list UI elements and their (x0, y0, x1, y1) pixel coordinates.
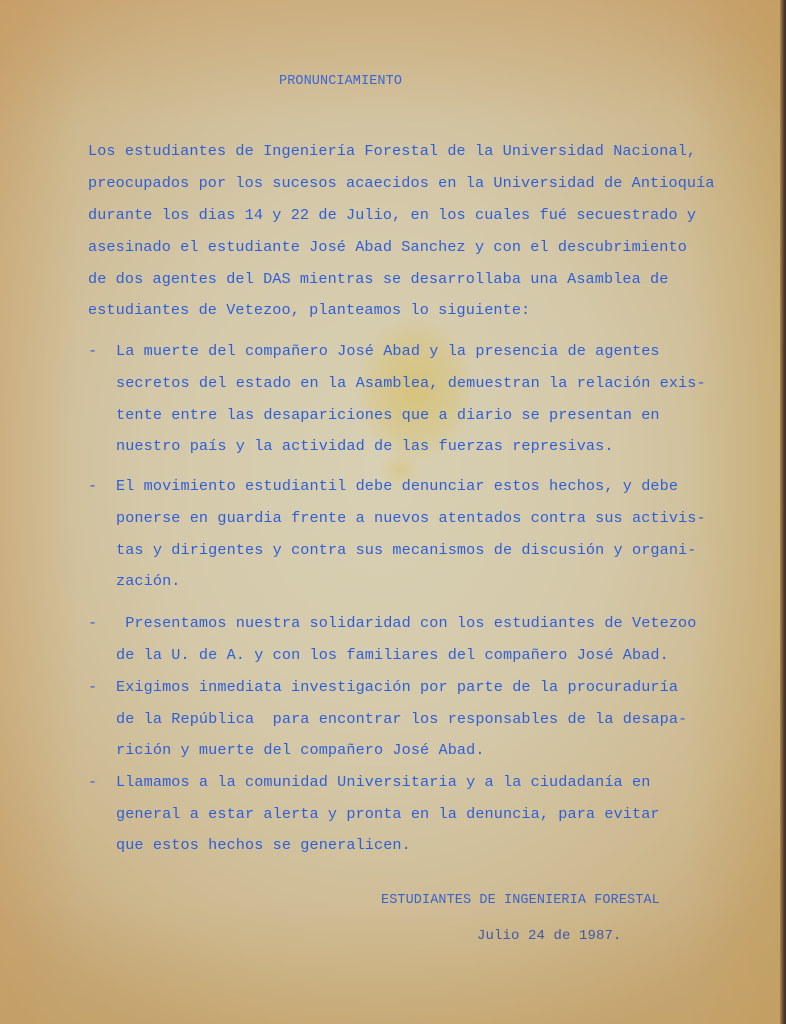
point-line: de la U. de A. y con los familiares del … (116, 646, 669, 664)
point-line: que estos hechos se generalicen. (116, 836, 411, 854)
point-line: Exigimos inmediata investigación por par… (116, 678, 678, 696)
point-line: El movimiento estudiantil debe denunciar… (116, 477, 678, 495)
document-date: Julio 24 de 1987. (477, 928, 622, 944)
point-line: de la República para encontrar los respo… (116, 710, 687, 728)
point-line: tas y dirigentes y contra sus mecanismos… (116, 541, 696, 559)
dash-bullet: - (88, 342, 97, 360)
typewritten-document: PRONUNCIAMIENTO Los estudiantes de Ingen… (0, 0, 786, 1024)
point-line: nuestro país y la actividad de las fuerz… (116, 437, 614, 455)
point-line: tente entre las desapariciones que a dia… (116, 406, 660, 424)
point-line: Presentamos nuestra solidaridad con los … (116, 614, 696, 632)
point-line: zación. (116, 572, 181, 590)
intro-line: estudiantes de Vetezoo, planteamos lo si… (88, 301, 530, 319)
dash-bullet: - (88, 614, 97, 632)
point-line: ponerse en guardia frente a nuevos atent… (116, 509, 706, 527)
point-line: Llamamos a la comunidad Universitaria y … (116, 773, 650, 791)
point-line: secretos del estado en la Asamblea, demu… (116, 374, 706, 392)
dash-bullet: - (88, 678, 97, 696)
dash-bullet: - (88, 477, 97, 495)
intro-line: de dos agentes del DAS mientras se desar… (88, 270, 668, 288)
dash-bullet: - (88, 773, 97, 791)
intro-line: preocupados por los sucesos acaecidos en… (88, 174, 715, 192)
intro-line: Los estudiantes de Ingeniería Forestal d… (88, 142, 696, 160)
document-title: PRONUNCIAMIENTO (279, 74, 402, 89)
point-line: general a estar alerta y pronta en la de… (116, 805, 660, 823)
intro-line: asesinado el estudiante José Abad Sanche… (88, 238, 687, 256)
point-line: La muerte del compañero José Abad y la p… (116, 342, 660, 360)
intro-line: durante los dias 14 y 22 de Julio, en lo… (88, 206, 696, 224)
point-line: rición y muerte del compañero José Abad. (116, 741, 485, 759)
signature: ESTUDIANTES DE INGENIERIA FORESTAL (381, 893, 660, 908)
